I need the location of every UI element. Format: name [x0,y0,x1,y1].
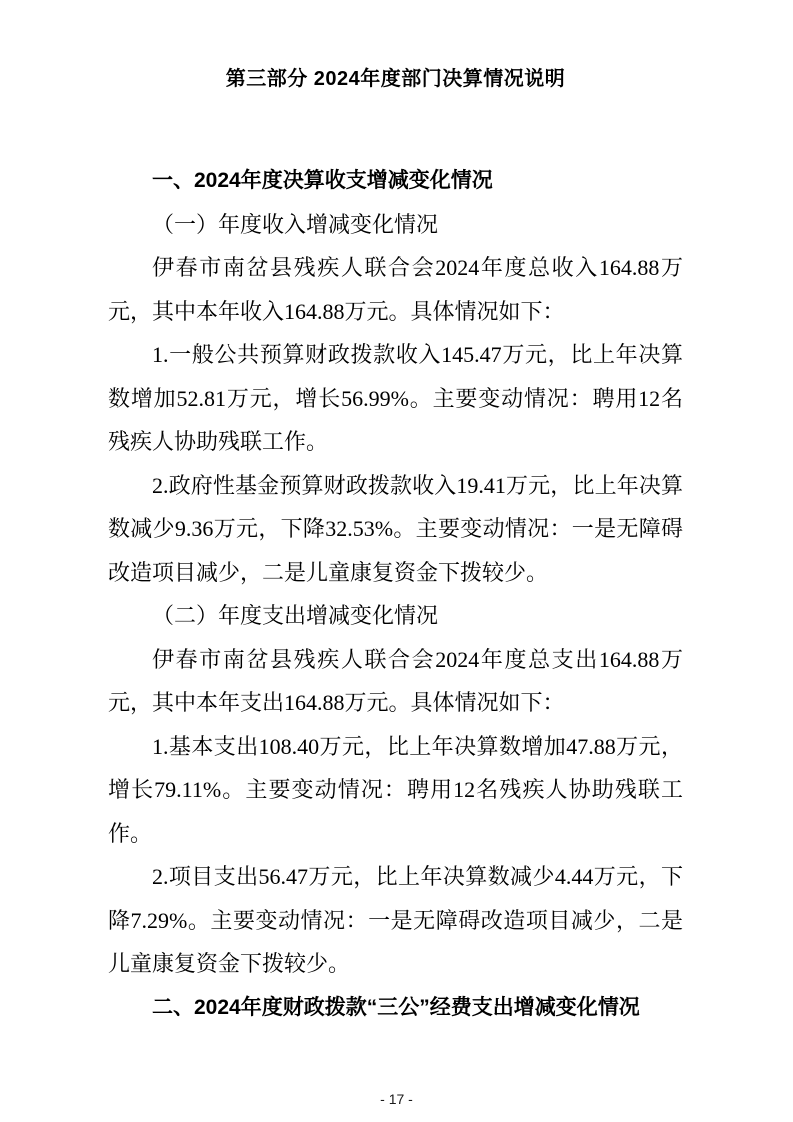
document-body: 一、2024年度决算收支增减变化情况 （一）年度收入增减变化情况 伊春市南岔县残… [108,159,683,1029]
paragraph-government-fund-income: 2.政府性基金预算财政拨款收入19.41万元，比上年决算数减少9.36万元，下降… [108,464,683,595]
page-number: - 17 - [0,1091,793,1108]
paragraph-project-expense: 2.项目支出56.47万元，比上年决算数减少4.44万元，下降7.29%。主要变… [108,855,683,986]
subsection-heading-expense-changes: （二）年度支出增减变化情况 [108,594,683,638]
section-heading-three-public-expenses: 二、2024年度财政拨款“三公”经费支出增减变化情况 [108,986,683,1030]
document-title: 第三部分 2024年度部门决算情况说明 [108,64,683,94]
document-page: 第三部分 2024年度部门决算情况说明 一、2024年度决算收支增减变化情况 （… [0,0,793,1122]
paragraph-total-expense: 伊春市南岔县残疾人联合会2024年度总支出164.88万元，其中本年支出164.… [108,638,683,725]
paragraph-general-public-budget-income: 1.一般公共预算财政拨款收入145.47万元，比上年决算数增加52.81万元，增… [108,333,683,464]
section-heading-income-expense-changes: 一、2024年度决算收支增减变化情况 [108,159,683,203]
paragraph-basic-expense: 1.基本支出108.40万元，比上年决算数增加47.88万元，增长79.11%。… [108,725,683,856]
subsection-heading-income-changes: （一）年度收入增减变化情况 [108,203,683,247]
paragraph-total-income: 伊春市南岔县残疾人联合会2024年度总收入164.88万元，其中本年收入164.… [108,246,683,333]
